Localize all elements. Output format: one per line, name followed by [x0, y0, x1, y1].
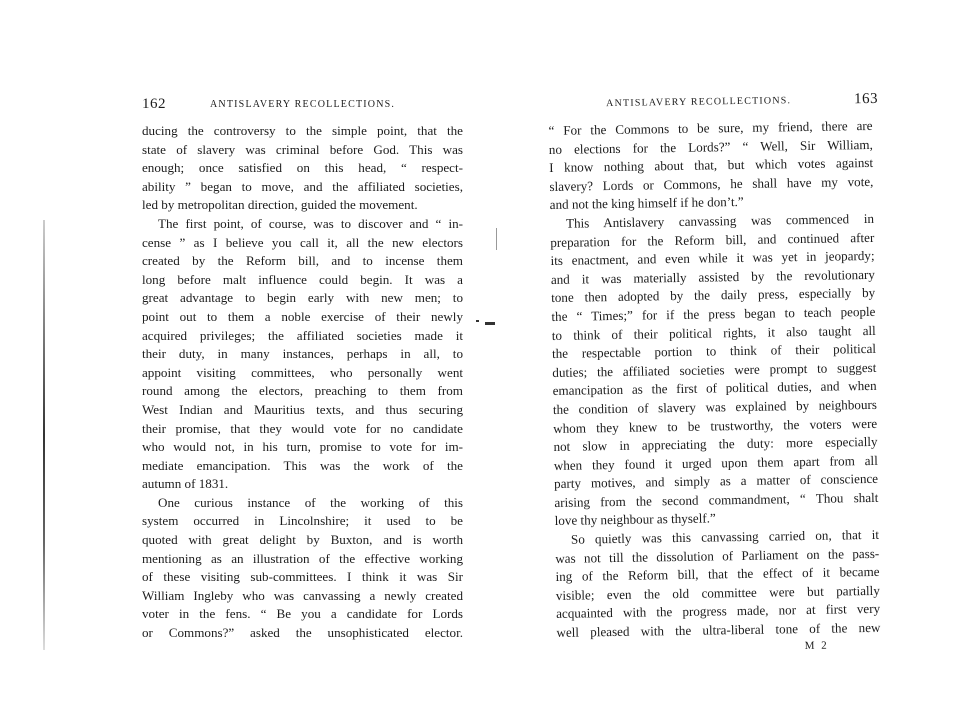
text-line: state of slavery was criminal before God… [142, 141, 463, 160]
signature-mark: M 2 [805, 640, 829, 652]
text-line: long before malt influence could begin. … [142, 271, 463, 290]
scan-edge-shadow [43, 220, 45, 650]
text-line: acquired privileges; the affiliated soci… [142, 327, 463, 346]
left-page-header: 162 ANTISLAVERY RECOLLECTIONS. [142, 96, 463, 122]
gutter-mark [496, 228, 497, 250]
text-line: appoint visiting committees, who persona… [142, 364, 463, 383]
text-line: mediate emancipation. This was the work … [142, 457, 463, 476]
text-line: mentioning as an illustration of the eff… [142, 550, 463, 569]
right-page-body: “ For the Commons to be sure, my friend,… [548, 117, 880, 643]
text-line: ability ” began to move, and the affilia… [142, 178, 463, 197]
text-line: system occurred in Lincolnshire; it used… [142, 512, 463, 531]
text-line: ducing the controversy to the simple poi… [142, 122, 463, 141]
text-line: created by the Reform bill, and to incen… [142, 252, 463, 271]
text-line: voter in the fens. “ Be you a candidate … [142, 605, 463, 624]
right-page: ANTISLAVERY RECOLLECTIONS. 163 “ For the… [548, 91, 881, 643]
text-line: William Ingleby who was canvassing a new… [142, 587, 463, 606]
page-number: 163 [854, 91, 878, 108]
text-line: West Indian and Mauritius texts, and thu… [142, 401, 463, 420]
running-head: ANTISLAVERY RECOLLECTIONS. [210, 99, 395, 110]
text-line: their promise, that they would vote for … [142, 420, 463, 439]
text-line: autumn of 1831. [142, 475, 463, 494]
right-page-header: ANTISLAVERY RECOLLECTIONS. 163 [548, 91, 872, 122]
text-line: or Commons?” asked the unsophisticated e… [142, 624, 463, 643]
text-line: One curious instance of the working of t… [142, 494, 463, 513]
text-line: enough; once satisfied on this head, “ r… [142, 159, 463, 178]
page-number: 162 [142, 96, 166, 113]
text-line: of these visiting sub-committees. I thin… [142, 568, 463, 587]
left-page: 162 ANTISLAVERY RECOLLECTIONS. ducing th… [142, 96, 463, 643]
text-line: quoted with great delight by Buxton, and… [142, 531, 463, 550]
text-line: point out to them a noble exercise of th… [142, 308, 463, 327]
left-page-body: ducing the controversy to the simple poi… [142, 122, 463, 643]
scan-speck [476, 320, 479, 322]
text-line: well pleased with the ultra-liberal tone… [556, 619, 880, 643]
text-line: their duty, in many instances, perhaps i… [142, 345, 463, 364]
running-head: ANTISLAVERY RECOLLECTIONS. [606, 95, 791, 109]
text-line: round among the electors, preaching to t… [142, 382, 463, 401]
text-line: great advantage to begin early with new … [142, 289, 463, 308]
scan-speck [485, 322, 495, 325]
text-line: The first point, of course, was to disco… [142, 215, 463, 234]
text-line: led by metropolitan direction, guided th… [142, 196, 463, 215]
text-line: cense ” as I believe you call it, all th… [142, 234, 463, 253]
text-line: who would not, in his turn, promise to v… [142, 438, 463, 457]
